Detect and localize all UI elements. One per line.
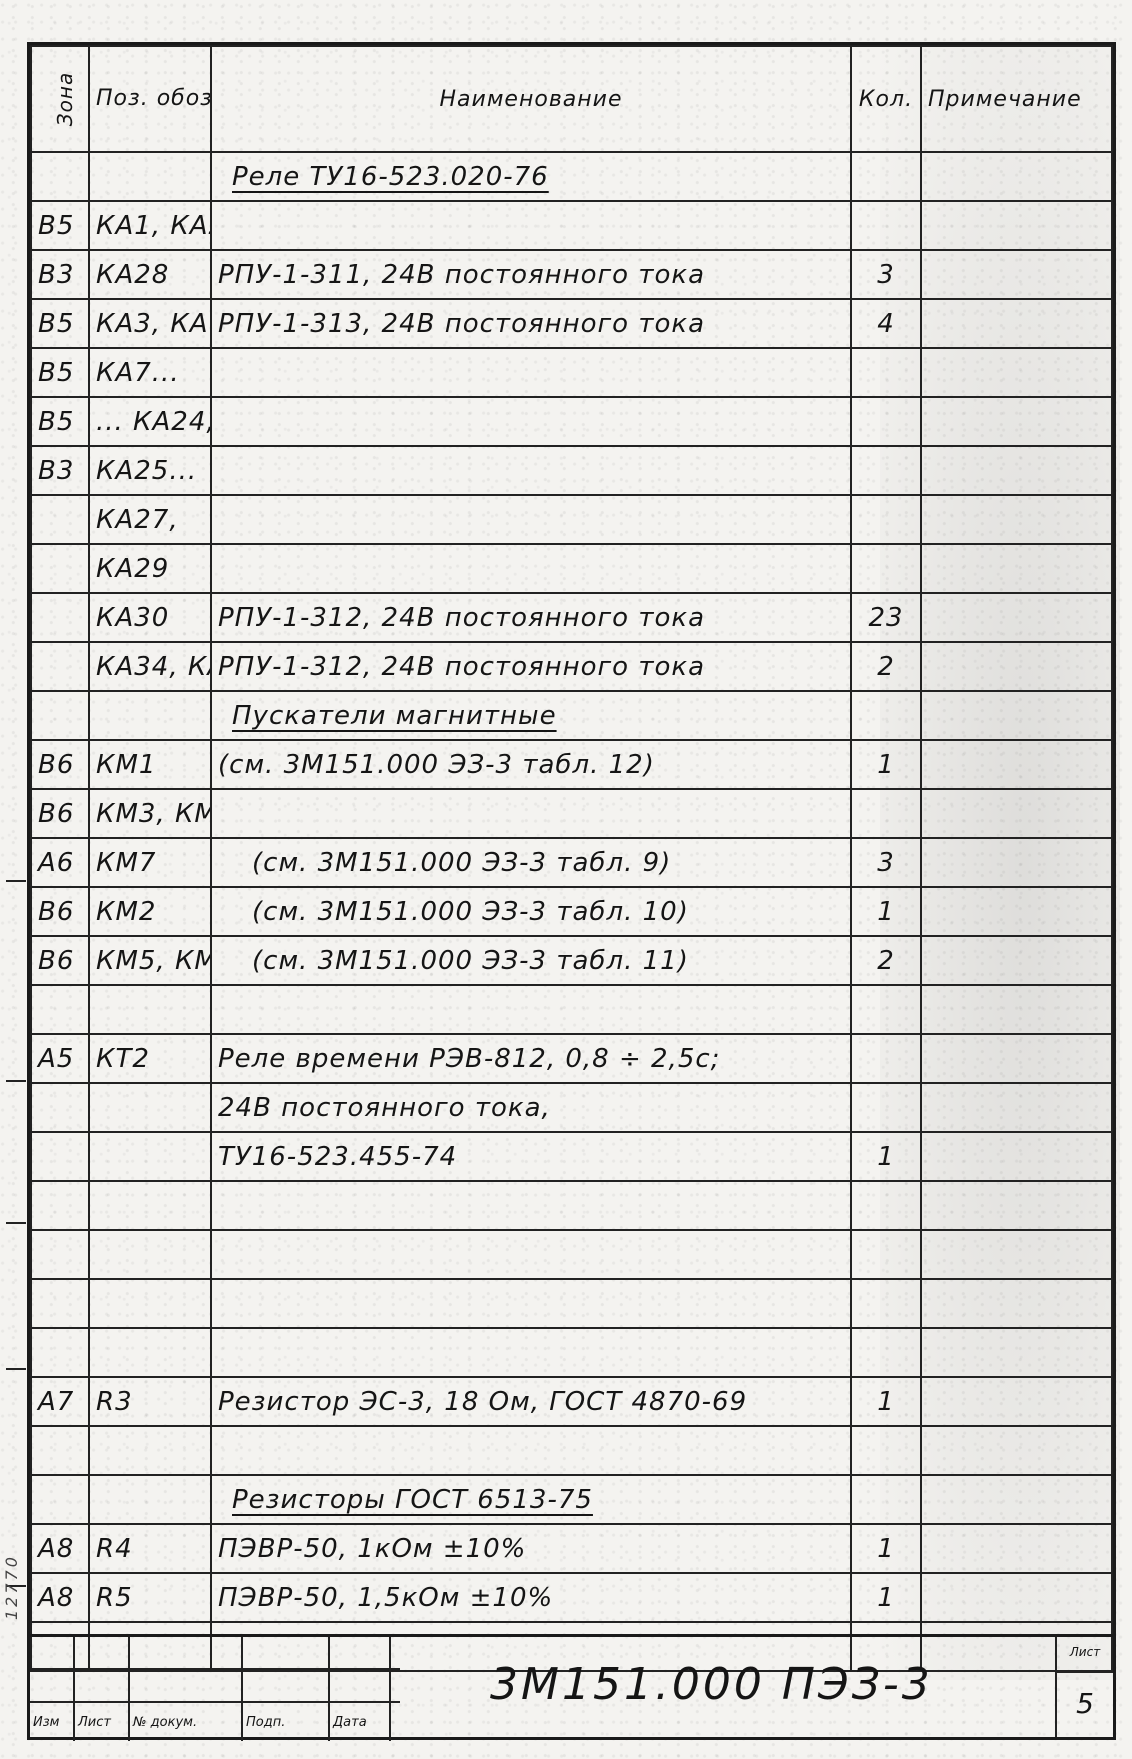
cell-name: РПУ-1-311, 24В постоянного тока	[211, 250, 851, 299]
cell-qty	[851, 544, 921, 593]
table-row: В5КА7...	[31, 348, 1112, 397]
table-header-row: Зона Поз. обозна-чение Наименование Кол.…	[31, 46, 1112, 152]
tb-cell	[243, 1637, 330, 1668]
header-name: Наименование	[211, 46, 851, 152]
table-row	[31, 1328, 1112, 1377]
cell-qty: 1	[851, 1132, 921, 1181]
table-row: В5... КА24,	[31, 397, 1112, 446]
table-row: А6КМ7(см. 3М151.000 ЭЗ-3 табл. 9)3	[31, 838, 1112, 887]
cell-name	[211, 348, 851, 397]
cell-position: КА25...	[89, 446, 211, 495]
cell-position: КА3, КА6,	[89, 299, 211, 348]
revision-row	[30, 1637, 400, 1670]
cell-name: Резистор ЭС-3, 18 Ом, ГОСТ 4870-69	[211, 1377, 851, 1426]
table-row: КА27,	[31, 495, 1112, 544]
table-row: В6КМ2(см. 3М151.000 ЭЗ-3 табл. 10)1	[31, 887, 1112, 936]
table-row: ТУ16-523.455-741	[31, 1132, 1112, 1181]
cell-position: R4	[89, 1524, 211, 1573]
cell-qty	[851, 1328, 921, 1377]
table-row: В6КМ3, КМ4,	[31, 789, 1112, 838]
tb-cell	[330, 1670, 391, 1701]
cell-zone	[31, 544, 89, 593]
section-heading-row: Резисторы ГОСТ 6513-75	[31, 1475, 1112, 1524]
label-sheet: Лист	[75, 1703, 130, 1741]
table-row: КА29	[31, 544, 1112, 593]
cell-qty: 1	[851, 740, 921, 789]
cell-name: РПУ-1-313, 24В постоянного тока	[211, 299, 851, 348]
table-row	[31, 1230, 1112, 1279]
cell-position: КТ2	[89, 1034, 211, 1083]
cell-note	[921, 544, 1112, 593]
cell-name: (см. 3М151.000 ЭЗ-3 табл. 11)	[211, 936, 851, 985]
cell-note	[921, 201, 1112, 250]
table-body: Реле ТУ16-523.020-76В5КА1, КА2,В3КА28РПУ…	[31, 152, 1112, 1671]
cell-position: КА28	[89, 250, 211, 299]
cell-qty: 4	[851, 299, 921, 348]
cell-qty: 2	[851, 642, 921, 691]
cell-note	[921, 299, 1112, 348]
table-row: В5КА3, КА6,РПУ-1-313, 24В постоянного то…	[31, 299, 1112, 348]
header-zone-label: Зона	[53, 71, 77, 125]
specification-table: Зона Поз. обозна-чение Наименование Кол.…	[30, 45, 1113, 1672]
cell-zone: В6	[31, 887, 89, 936]
label-signature: Подп.	[243, 1703, 330, 1741]
cell-zone	[31, 1230, 89, 1279]
table-row: КА30РПУ-1-312, 24В постоянного тока23	[31, 593, 1112, 642]
cell-zone: А8	[31, 1573, 89, 1622]
cell-zone: В5	[31, 348, 89, 397]
label-date: Дата	[330, 1703, 391, 1741]
label-change: Изм	[30, 1703, 75, 1741]
cell-qty	[851, 691, 921, 740]
tb-cell	[130, 1637, 243, 1668]
cell-qty	[851, 201, 921, 250]
cell-position: КА1, КА2,	[89, 201, 211, 250]
cell-qty: 1	[851, 1524, 921, 1573]
table-row: А8R5ПЭВР-50, 1,5кОм ±10%1	[31, 1573, 1112, 1622]
cell-qty	[851, 1034, 921, 1083]
cell-position	[89, 691, 211, 740]
table-row	[31, 1426, 1112, 1475]
cell-note	[921, 495, 1112, 544]
table-row	[31, 1279, 1112, 1328]
cell-note	[921, 887, 1112, 936]
table-row: В6КМ5, КМ6(см. 3М151.000 ЭЗ-3 табл. 11)2	[31, 936, 1112, 985]
cell-zone	[31, 1426, 89, 1475]
cell-qty: 23	[851, 593, 921, 642]
cell-note	[921, 838, 1112, 887]
cell-zone	[31, 642, 89, 691]
cell-zone	[31, 1181, 89, 1230]
tb-cell	[243, 1670, 330, 1701]
cell-name: 24В постоянного тока,	[211, 1083, 851, 1132]
table-row: В3КА25...	[31, 446, 1112, 495]
cell-qty: 1	[851, 1377, 921, 1426]
cell-zone: В6	[31, 740, 89, 789]
cell-qty	[851, 1230, 921, 1279]
tb-cell	[130, 1670, 243, 1701]
cell-note	[921, 1181, 1112, 1230]
cell-note	[921, 446, 1112, 495]
cell-position: КМ7	[89, 838, 211, 887]
cell-note	[921, 936, 1112, 985]
cell-name: Пускатели магнитные	[211, 691, 851, 740]
cell-name	[211, 495, 851, 544]
cell-zone: В5	[31, 397, 89, 446]
cell-qty	[851, 789, 921, 838]
header-qty: Кол.	[851, 46, 921, 152]
revision-row	[30, 1670, 400, 1703]
cell-qty: 2	[851, 936, 921, 985]
revision-grid: Изм Лист № докум. Подп. Дата	[30, 1637, 400, 1737]
tb-cell	[330, 1637, 391, 1668]
table-row: В5КА1, КА2,	[31, 201, 1112, 250]
cell-note	[921, 985, 1112, 1034]
cell-note	[921, 1279, 1112, 1328]
cell-name: (см. 3М151.000 ЭЗ-3 табл. 10)	[211, 887, 851, 936]
cell-zone	[31, 1132, 89, 1181]
sheet-label: Лист	[1057, 1637, 1113, 1673]
cell-zone	[31, 691, 89, 740]
cell-name: Реле ТУ16-523.020-76	[211, 152, 851, 201]
table-row	[31, 1181, 1112, 1230]
sheet-box: Лист 5	[1055, 1637, 1113, 1737]
cell-note	[921, 740, 1112, 789]
cell-zone	[31, 1475, 89, 1524]
cell-name: Реле времени РЭВ-812, 0,8 ÷ 2,5с;	[211, 1034, 851, 1083]
cell-note	[921, 642, 1112, 691]
tb-cell	[75, 1637, 130, 1668]
cell-position: КА7...	[89, 348, 211, 397]
cell-position	[89, 1426, 211, 1475]
cell-position	[89, 1230, 211, 1279]
cell-name	[211, 1279, 851, 1328]
cell-name	[211, 544, 851, 593]
cell-note	[921, 348, 1112, 397]
cell-note	[921, 152, 1112, 201]
cell-qty	[851, 1083, 921, 1132]
specification-table-frame: Зона Поз. обозна-чение Наименование Кол.…	[27, 42, 1116, 1672]
tb-cell	[30, 1670, 75, 1701]
cell-zone: В3	[31, 250, 89, 299]
cell-position	[89, 1132, 211, 1181]
cell-name	[211, 1230, 851, 1279]
table-row: КА34, КА35РПУ-1-312, 24В постоянного ток…	[31, 642, 1112, 691]
cell-position: ... КА24,	[89, 397, 211, 446]
cell-name: Резисторы ГОСТ 6513-75	[211, 1475, 851, 1524]
cell-position: R3	[89, 1377, 211, 1426]
cell-qty	[851, 985, 921, 1034]
cell-qty	[851, 446, 921, 495]
cell-zone	[31, 152, 89, 201]
cell-zone: А5	[31, 1034, 89, 1083]
cell-note	[921, 1230, 1112, 1279]
cell-note	[921, 1377, 1112, 1426]
revision-label-row: Изм Лист № докум. Подп. Дата	[30, 1703, 400, 1741]
cell-zone: А7	[31, 1377, 89, 1426]
cell-position: КМ1	[89, 740, 211, 789]
cell-name	[211, 1181, 851, 1230]
title-block: Изм Лист № докум. Подп. Дата 3М151.000 П…	[27, 1634, 1116, 1740]
cell-note	[921, 1524, 1112, 1573]
sheet-number: 5	[1057, 1673, 1113, 1735]
cell-name	[211, 201, 851, 250]
cell-position: КМ5, КМ6	[89, 936, 211, 985]
cell-note	[921, 691, 1112, 740]
cell-position	[89, 1475, 211, 1524]
table-row: 24В постоянного тока,	[31, 1083, 1112, 1132]
cell-name: ПЭВР-50, 1кОм ±10%	[211, 1524, 851, 1573]
cell-note	[921, 1573, 1112, 1622]
cell-position: КА30	[89, 593, 211, 642]
cell-position: КА27,	[89, 495, 211, 544]
cell-name: (см. 3М151.000 ЭЗ-3 табл. 9)	[211, 838, 851, 887]
cell-zone: А6	[31, 838, 89, 887]
cell-qty: 3	[851, 838, 921, 887]
cell-qty	[851, 495, 921, 544]
cell-qty	[851, 1279, 921, 1328]
tb-cell	[30, 1637, 75, 1668]
cell-zone: В3	[31, 446, 89, 495]
cell-position: КА34, КА35	[89, 642, 211, 691]
cell-note	[921, 1034, 1112, 1083]
cell-note	[921, 1132, 1112, 1181]
cell-position	[89, 1328, 211, 1377]
cell-qty	[851, 1475, 921, 1524]
table-row: В3КА28РПУ-1-311, 24В постоянного тока3	[31, 250, 1112, 299]
cell-name	[211, 1426, 851, 1475]
cell-zone: В6	[31, 789, 89, 838]
cell-name	[211, 397, 851, 446]
table-row	[31, 985, 1112, 1034]
section-heading-row: Реле ТУ16-523.020-76	[31, 152, 1112, 201]
cell-qty: 3	[851, 250, 921, 299]
table-row: А8R4ПЭВР-50, 1кОм ±10%1	[31, 1524, 1112, 1573]
cell-name	[211, 1328, 851, 1377]
cell-zone	[31, 495, 89, 544]
table-row: А7R3Резистор ЭС-3, 18 Ом, ГОСТ 4870-691	[31, 1377, 1112, 1426]
cell-note	[921, 1083, 1112, 1132]
table-row: А5КТ2Реле времени РЭВ-812, 0,8 ÷ 2,5с;	[31, 1034, 1112, 1083]
cell-qty	[851, 1181, 921, 1230]
cell-name: ТУ16-523.455-74	[211, 1132, 851, 1181]
margin-inventory-number: 12770	[2, 1554, 21, 1620]
cell-position	[89, 1181, 211, 1230]
cell-position: КМ2	[89, 887, 211, 936]
cell-name: РПУ-1-312, 24В постоянного тока	[211, 593, 851, 642]
cell-qty	[851, 1426, 921, 1475]
cell-note	[921, 1328, 1112, 1377]
table-row: В6КМ1(см. 3М151.000 ЭЗ-3 табл. 12)1	[31, 740, 1112, 789]
cell-qty: 1	[851, 1573, 921, 1622]
cell-position	[89, 1279, 211, 1328]
cell-zone: В5	[31, 299, 89, 348]
cell-name	[211, 446, 851, 495]
cell-zone	[31, 1328, 89, 1377]
cell-note	[921, 250, 1112, 299]
cell-zone: В6	[31, 936, 89, 985]
cell-position	[89, 985, 211, 1034]
cell-position	[89, 1083, 211, 1132]
cell-position: КМ3, КМ4,	[89, 789, 211, 838]
cell-qty: 1	[851, 887, 921, 936]
cell-name: РПУ-1-312, 24В постоянного тока	[211, 642, 851, 691]
section-heading-row: Пускатели магнитные	[31, 691, 1112, 740]
cell-note	[921, 397, 1112, 446]
cell-note	[921, 1426, 1112, 1475]
cell-qty	[851, 152, 921, 201]
cell-position: КА29	[89, 544, 211, 593]
cell-note	[921, 1475, 1112, 1524]
cell-name	[211, 789, 851, 838]
header-note: Примечание	[921, 46, 1112, 152]
cell-qty	[851, 397, 921, 446]
cell-zone: В5	[31, 201, 89, 250]
cell-note	[921, 593, 1112, 642]
cell-zone: А8	[31, 1524, 89, 1573]
cell-zone	[31, 1279, 89, 1328]
cell-name: (см. 3М151.000 ЭЗ-3 табл. 12)	[211, 740, 851, 789]
header-position: Поз. обозна-чение	[89, 46, 211, 152]
cell-qty	[851, 348, 921, 397]
label-doc-number: № докум.	[130, 1703, 243, 1741]
cell-position: R5	[89, 1573, 211, 1622]
cell-name	[211, 985, 851, 1034]
header-zone: Зона	[31, 46, 89, 152]
cell-note	[921, 789, 1112, 838]
cell-zone	[31, 593, 89, 642]
cell-position	[89, 152, 211, 201]
document-number: 3М151.000 ПЭЗ-3	[490, 1659, 933, 1710]
cell-zone	[31, 985, 89, 1034]
cell-zone	[31, 1083, 89, 1132]
cell-name: ПЭВР-50, 1,5кОм ±10%	[211, 1573, 851, 1622]
tb-cell	[75, 1670, 130, 1701]
